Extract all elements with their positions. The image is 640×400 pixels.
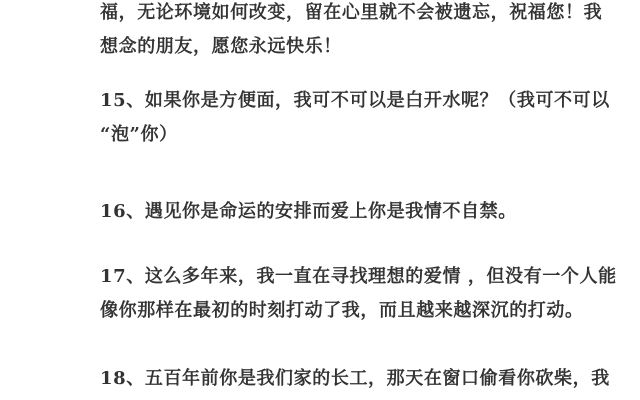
paragraph-15-line-2: “泡”你） <box>100 124 540 146</box>
paragraph-18-line-1: 18、五百年前你是我们家的长工，那天在窗口偷看你砍柴，我 <box>100 368 540 390</box>
paragraph-14-line-1: 福，无论环境如何改变，留在心里就不会被遗忘，祝福您！我 <box>100 2 540 24</box>
paragraph-14-line-2: 想念的朋友，愿您永远快乐！ <box>100 36 540 58</box>
paragraph-16-line-1: 16、遇见你是命运的安排而爱上你是我情不自禁。 <box>100 201 540 223</box>
paragraph-17-line-2: 像你那样在最初的时刻打动了我，而且越来越深沉的打动。 <box>100 300 540 322</box>
paragraph-17-line-1: 17、这么多年来，我一直在寻找理想的爱情 ，但没有一个人能 <box>100 266 540 288</box>
paragraph-15-line-1: 15、如果你是方便面，我可不可以是白开水呢？（我可不可以 <box>100 90 540 112</box>
document-page: 福，无论环境如何改变，留在心里就不会被遗忘，祝福您！我 想念的朋友，愿您永远快乐… <box>0 0 640 400</box>
